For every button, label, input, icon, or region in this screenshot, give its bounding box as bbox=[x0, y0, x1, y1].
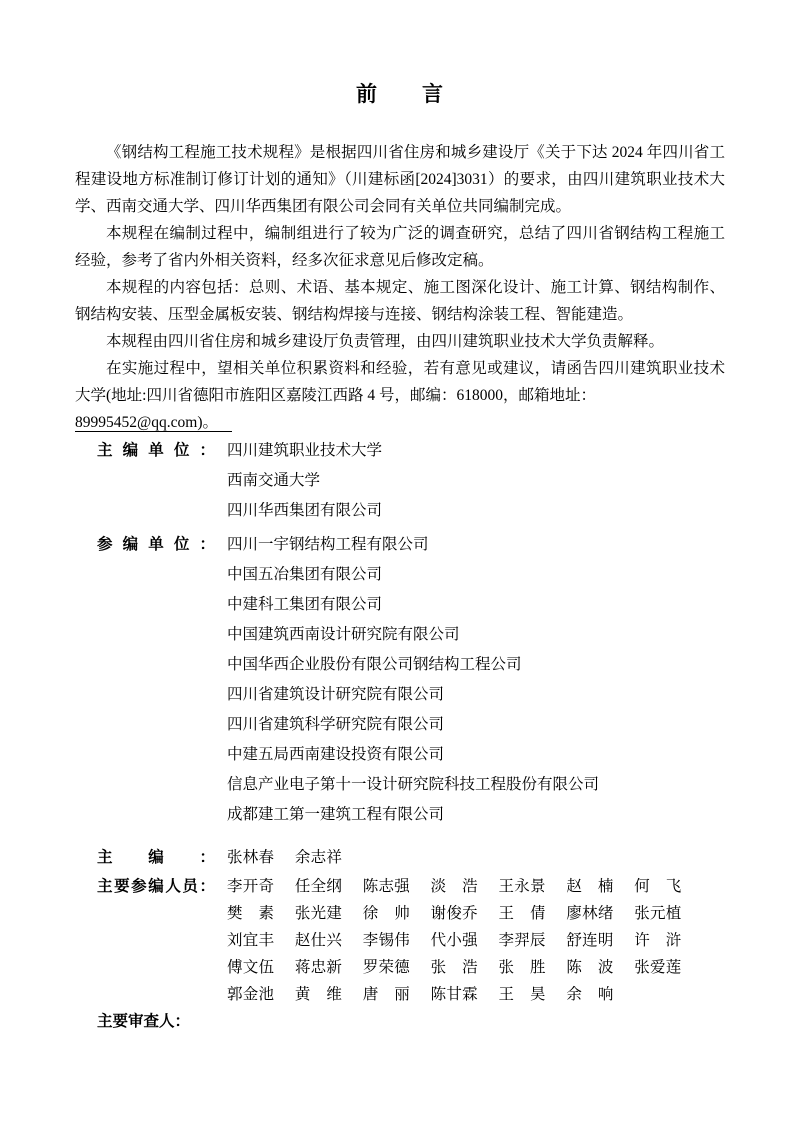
participating-units-row: 中建五局西南建设投资有限公司 bbox=[75, 740, 725, 770]
main-participants-group: 主要参编人员： 李开奇 任全纲 陈志强 淡浩 王永景 赵楠 何飞 樊素 张光建 … bbox=[75, 873, 725, 1008]
participating-units-row: 中建科工集团有限公司 bbox=[75, 590, 725, 620]
chief-edit-units-row: 四川华西集团有限公司 bbox=[75, 496, 725, 526]
paragraph-basis: 《钢结构工程施工技术规程》是根据四川省住房和城乡建设厅《关于下达 2024 年四… bbox=[75, 139, 725, 220]
person-name: 王昊 bbox=[499, 981, 546, 1008]
person-name: 陈志强 bbox=[363, 873, 410, 900]
body-text: 《钢结构工程施工技术规程》是根据四川省住房和城乡建设厅《关于下达 2024 年四… bbox=[75, 139, 725, 436]
participating-units-row: 四川省建筑设计研究院有限公司 bbox=[75, 680, 725, 710]
person-name: 何飞 bbox=[634, 873, 681, 900]
person-name: 刘宜丰 bbox=[227, 927, 274, 954]
contact-text: 在实施过程中，望相关单位积累资料和经验，若有意见或建议，请函告四川建筑职业技术大… bbox=[75, 360, 725, 404]
participants-names: 李开奇 任全纲 陈志强 淡浩 王永景 赵楠 何飞 bbox=[227, 873, 698, 900]
chief-edit-units-row: 主编单位： 四川建筑职业技术大学 bbox=[75, 436, 725, 466]
roster: 主编单位： 四川建筑职业技术大学 西南交通大学 四川华西集团有限公司 参编单位：… bbox=[75, 436, 725, 1035]
person-name: 王永景 bbox=[499, 873, 546, 900]
person-name: 赵楠 bbox=[566, 873, 613, 900]
unit-name: 四川省建筑科学研究院有限公司 bbox=[227, 710, 444, 740]
unit-name: 中建科工集团有限公司 bbox=[227, 590, 382, 620]
unit-name: 西南交通大学 bbox=[227, 466, 320, 496]
participants-row: 傅文伍 蒋忠新 罗荣德 张浩 张胜 陈波 张爱莲 bbox=[75, 954, 725, 981]
unit-name: 四川华西集团有限公司 bbox=[227, 496, 382, 526]
participating-units-row: 中国建筑西南设计研究院有限公司 bbox=[75, 620, 725, 650]
person-name: 王倩 bbox=[499, 900, 546, 927]
paragraph-contents: 本规程的内容包括：总则、术语、基本规定、施工图深化设计、施工计算、钢结构制作、钢… bbox=[75, 274, 725, 328]
contact-email: 89995452@qq.com)。 bbox=[75, 414, 232, 432]
participating-units-label: 参编单位： bbox=[97, 530, 215, 560]
participating-units-row: 中国五冶集团有限公司 bbox=[75, 560, 725, 590]
participants-row: 刘宜丰 赵仕兴 李锡伟 代小强 李羿辰 舒连明 许浒 bbox=[75, 927, 725, 954]
person-name: 张爱莲 bbox=[634, 954, 681, 981]
unit-name: 四川省建筑设计研究院有限公司 bbox=[227, 680, 444, 710]
participating-units-row: 成都建工第一建筑工程有限公司 bbox=[75, 800, 725, 830]
person-name: 徐帅 bbox=[363, 900, 410, 927]
person-name: 余响 bbox=[566, 981, 613, 1008]
participating-units-row: 参编单位： 四川一宇钢结构工程有限公司 bbox=[75, 530, 725, 560]
participants-names: 郭金池 黄维 唐丽 陈甘霖 王昊 余响 bbox=[227, 981, 630, 1008]
person-name: 罗荣德 bbox=[363, 954, 410, 981]
participating-units-row: 信息产业电子第十一设计研究院科技工程股份有限公司 bbox=[75, 770, 725, 800]
unit-name: 中国建筑西南设计研究院有限公司 bbox=[227, 620, 460, 650]
participants-names: 樊素 张光建 徐帅 谢俊乔 王倩 廖林绪 张元植 bbox=[227, 900, 698, 927]
main-participants-label: 主要参编人员： bbox=[97, 873, 215, 900]
contact-paragraph: 在实施过程中，望相关单位积累资料和经验，若有意见或建议，请函告四川建筑职业技术大… bbox=[75, 355, 725, 436]
person-name: 张林春 bbox=[227, 843, 274, 873]
person-name: 赵仕兴 bbox=[295, 927, 342, 954]
person-name: 樊素 bbox=[227, 900, 274, 927]
participating-units-group: 参编单位： 四川一宇钢结构工程有限公司 中国五冶集团有限公司 中建科工集团有限公… bbox=[75, 530, 725, 830]
person-name: 谢俊乔 bbox=[431, 900, 478, 927]
unit-name: 中国华西企业股份有限公司钢结构工程公司 bbox=[227, 650, 522, 680]
person-name: 唐丽 bbox=[363, 981, 410, 1008]
document-page: 前 言 《钢结构工程施工技术规程》是根据四川省住房和城乡建设厅《关于下达 202… bbox=[0, 0, 800, 1132]
person-name: 黄维 bbox=[295, 981, 342, 1008]
paragraph-management: 本规程由四川省住房和城乡建设厅负责管理，由四川建筑职业技术大学负责解释。 bbox=[75, 328, 725, 355]
unit-name: 四川建筑职业技术大学 bbox=[227, 436, 382, 466]
person-name: 郭金池 bbox=[227, 981, 274, 1008]
unit-name: 信息产业电子第十一设计研究院科技工程股份有限公司 bbox=[227, 770, 599, 800]
main-reviewers-label: 主要审查人： bbox=[97, 1008, 190, 1035]
participants-row: 主要参编人员： 李开奇 任全纲 陈志强 淡浩 王永景 赵楠 何飞 bbox=[75, 873, 725, 900]
person-name: 陈甘霖 bbox=[431, 981, 478, 1008]
paragraph-process: 本规程在编制过程中，编制组进行了较为广泛的调查研究，总结了四川省钢结构工程施工经… bbox=[75, 220, 725, 274]
person-name: 张光建 bbox=[295, 900, 342, 927]
unit-name: 成都建工第一建筑工程有限公司 bbox=[227, 800, 444, 830]
chief-edit-units-label: 主编单位： bbox=[97, 436, 215, 466]
participating-units-row: 中国华西企业股份有限公司钢结构工程公司 bbox=[75, 650, 725, 680]
person-name: 张胜 bbox=[499, 954, 546, 981]
participants-row: 樊素 张光建 徐帅 谢俊乔 王倩 廖林绪 张元植 bbox=[75, 900, 725, 927]
main-reviewers-row: 主要审查人： bbox=[75, 1008, 725, 1035]
unit-name: 中建五局西南建设投资有限公司 bbox=[227, 740, 444, 770]
chief-editors-label: 主编： bbox=[97, 843, 215, 873]
participants-names: 傅文伍 蒋忠新 罗荣德 张浩 张胜 陈波 张爱莲 bbox=[227, 954, 698, 981]
person-name: 李开奇 bbox=[227, 873, 274, 900]
chief-edit-units-row: 西南交通大学 bbox=[75, 466, 725, 496]
person-name: 舒连明 bbox=[566, 927, 613, 954]
chief-editors-names: 张林春 余志祥 bbox=[227, 843, 359, 873]
person-name: 张浩 bbox=[431, 954, 478, 981]
person-name: 张元植 bbox=[634, 900, 681, 927]
unit-name: 中国五冶集团有限公司 bbox=[227, 560, 382, 590]
person-name: 陈波 bbox=[566, 954, 613, 981]
person-name: 蒋忠新 bbox=[295, 954, 342, 981]
participants-names: 刘宜丰 赵仕兴 李锡伟 代小强 李羿辰 舒连明 许浒 bbox=[227, 927, 698, 954]
page-title: 前 言 bbox=[75, 84, 725, 106]
person-name: 代小强 bbox=[431, 927, 478, 954]
participants-row: 郭金池 黄维 唐丽 陈甘霖 王昊 余响 bbox=[75, 981, 725, 1008]
person-name: 余志祥 bbox=[295, 843, 342, 873]
person-name: 李羿辰 bbox=[499, 927, 546, 954]
person-name: 傅文伍 bbox=[227, 954, 274, 981]
person-name: 廖林绪 bbox=[566, 900, 613, 927]
person-name: 淡浩 bbox=[431, 873, 478, 900]
person-name: 许浒 bbox=[634, 927, 681, 954]
person-name: 任全纲 bbox=[295, 873, 342, 900]
person-name: 李锡伟 bbox=[363, 927, 410, 954]
chief-editors-row: 主编： 张林春 余志祥 bbox=[75, 843, 725, 873]
unit-name: 四川一宇钢结构工程有限公司 bbox=[227, 530, 429, 560]
participating-units-row: 四川省建筑科学研究院有限公司 bbox=[75, 710, 725, 740]
